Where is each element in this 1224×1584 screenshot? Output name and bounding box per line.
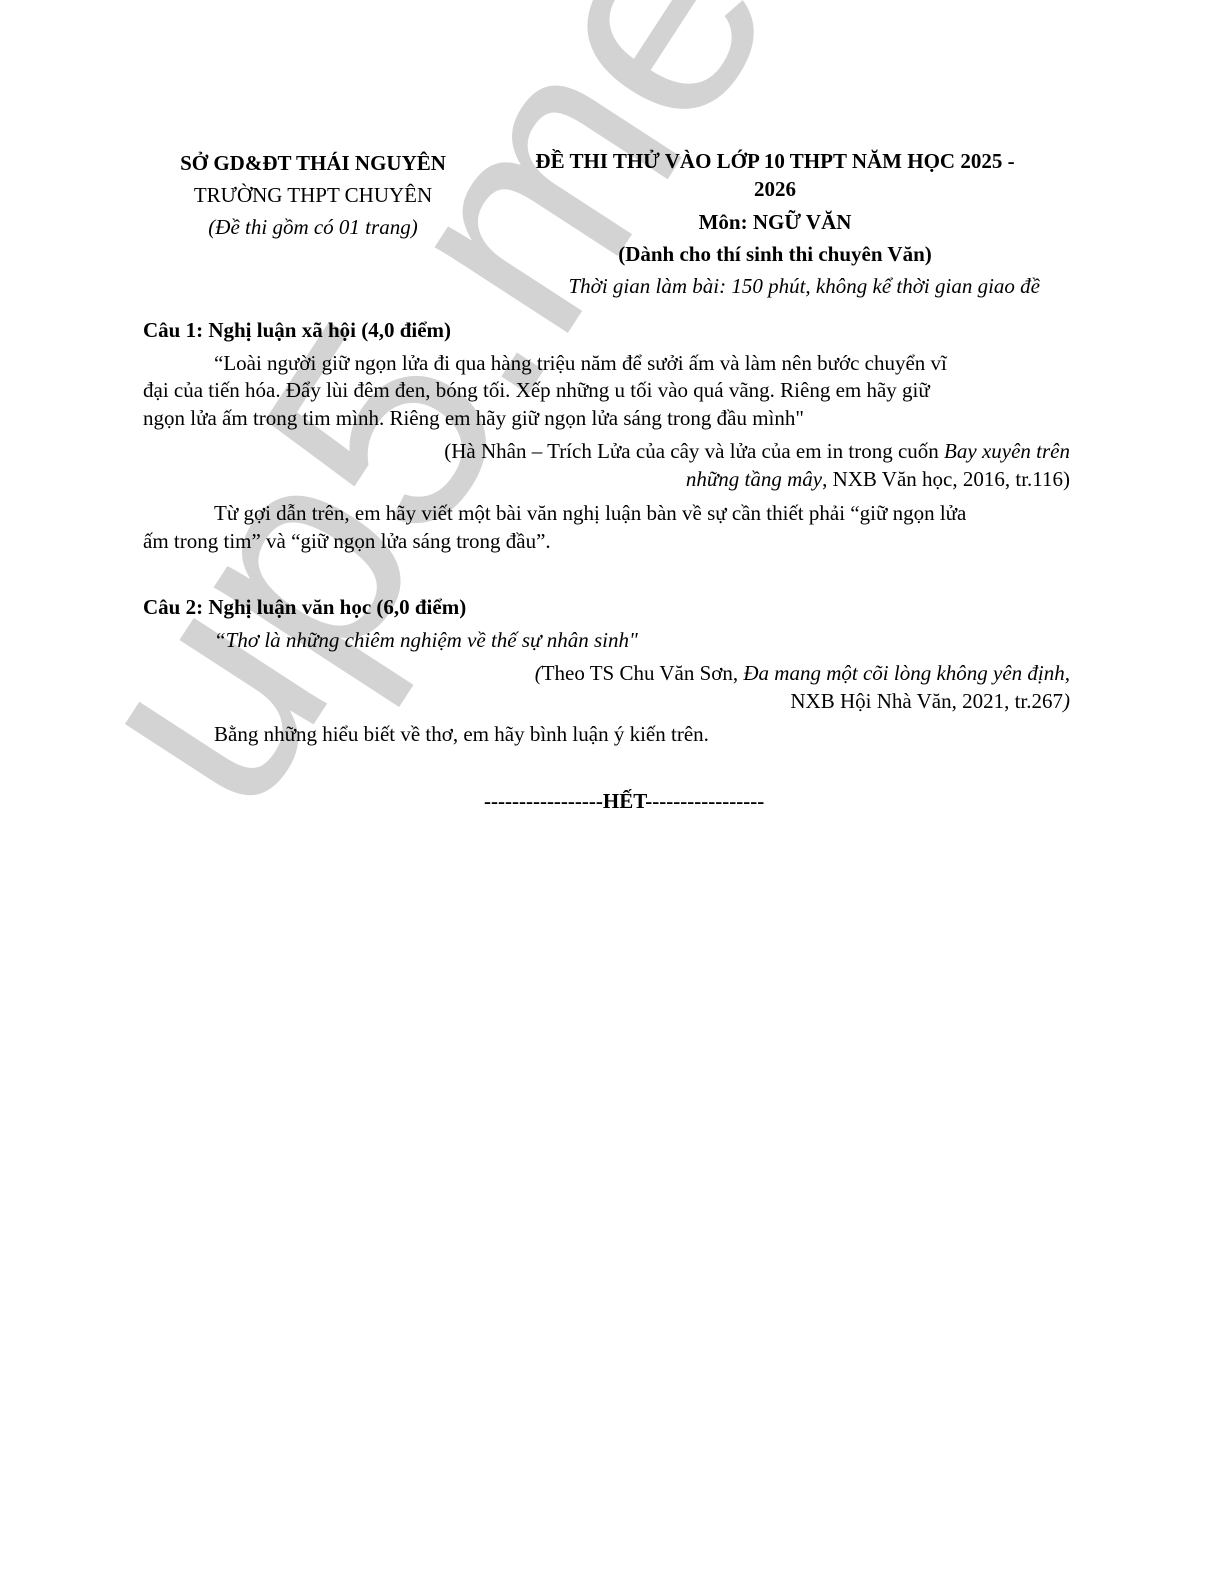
time-note: Thời gian làm bài: 150 phút, không kể th…: [490, 271, 1060, 301]
exam-page: up5.me SỞ GD&ĐT THÁI NGUYÊN TRƯỜNG THPT …: [0, 0, 1224, 1584]
question1-quote-line3: ngọn lửa ấm trong tim mình. Riêng em hãy…: [143, 404, 804, 432]
question1-heading: Câu 1: Nghị luận xã hội (4,0 điểm): [143, 316, 451, 344]
question2-source-close-paren: ): [1063, 689, 1070, 713]
header-right: ĐỀ THI THỬ VÀO LỚP 10 THPT NĂM HỌC 2025 …: [490, 147, 1060, 301]
page-count-note: (Đề thi gồm có 01 trang): [148, 211, 478, 243]
subject-title: Môn: NGỮ VĂN: [490, 207, 1060, 237]
audience-note: (Dành cho thí sinh thi chuyên Văn): [490, 239, 1060, 269]
question2-source-line2: NXB Hội Nhà Văn, 2021, tr.267): [790, 687, 1070, 715]
question2-heading: Câu 2: Nghị luận văn học (6,0 điểm): [143, 593, 466, 621]
school-name: TRƯỜNG THPT CHUYÊN: [148, 179, 478, 211]
exam-title-line2: 2026: [490, 175, 1060, 203]
header-left: SỞ GD&ĐT THÁI NGUYÊN TRƯỜNG THPT CHUYÊN …: [148, 147, 478, 243]
question2-task: Bằng những hiểu biết về thơ, em hãy bình…: [214, 720, 709, 748]
question2-source-author: Theo TS Chu Văn Sơn,: [542, 661, 744, 685]
question2-source-publisher: NXB Hội Nhà Văn, 2021, tr.267: [790, 689, 1063, 713]
end-mark: -----------------HẾT-----------------: [484, 787, 764, 815]
question1-source-line2: những tầng mây, NXB Văn học, 2016, tr.11…: [686, 465, 1070, 493]
question1-source-publisher: , NXB Văn học, 2016, tr.116): [822, 467, 1070, 491]
question1-task-line1: Từ gợi dẫn trên, em hãy viết một bài văn…: [214, 499, 966, 527]
question1-quote-line1: “Loài người giữ ngọn lửa đi qua hàng tri…: [214, 349, 947, 377]
question1-quote-line2: đại của tiến hóa. Đẩy lùi đêm đen, bóng …: [143, 376, 930, 404]
exam-title-line1: ĐỀ THI THỬ VÀO LỚP 10 THPT NĂM HỌC 2025 …: [490, 147, 1060, 175]
department-name: SỞ GD&ĐT THÁI NGUYÊN: [148, 147, 478, 179]
question1-source-plain: (Hà Nhân – Trích Lửa của cây và lửa của …: [444, 439, 944, 463]
question1-source-book-title-b: những tầng mây: [686, 467, 822, 491]
question2-quote: “Thơ là những chiêm nghiệm về thế sự nhâ…: [214, 626, 638, 654]
question2-source-book-title: Đa mang một cõi lòng không yên định,: [743, 661, 1070, 685]
question1-task-line2: ấm trong tim” và “giữ ngọn lửa sáng tron…: [143, 527, 551, 555]
question1-source-book-title-a: Bay xuyên trên: [944, 439, 1070, 463]
question2-source-line1: (Theo TS Chu Văn Sơn, Đa mang một cõi lò…: [535, 659, 1070, 687]
question2-source-open-paren: (: [535, 661, 542, 685]
question1-source-line1: (Hà Nhân – Trích Lửa của cây và lửa của …: [444, 437, 1070, 465]
